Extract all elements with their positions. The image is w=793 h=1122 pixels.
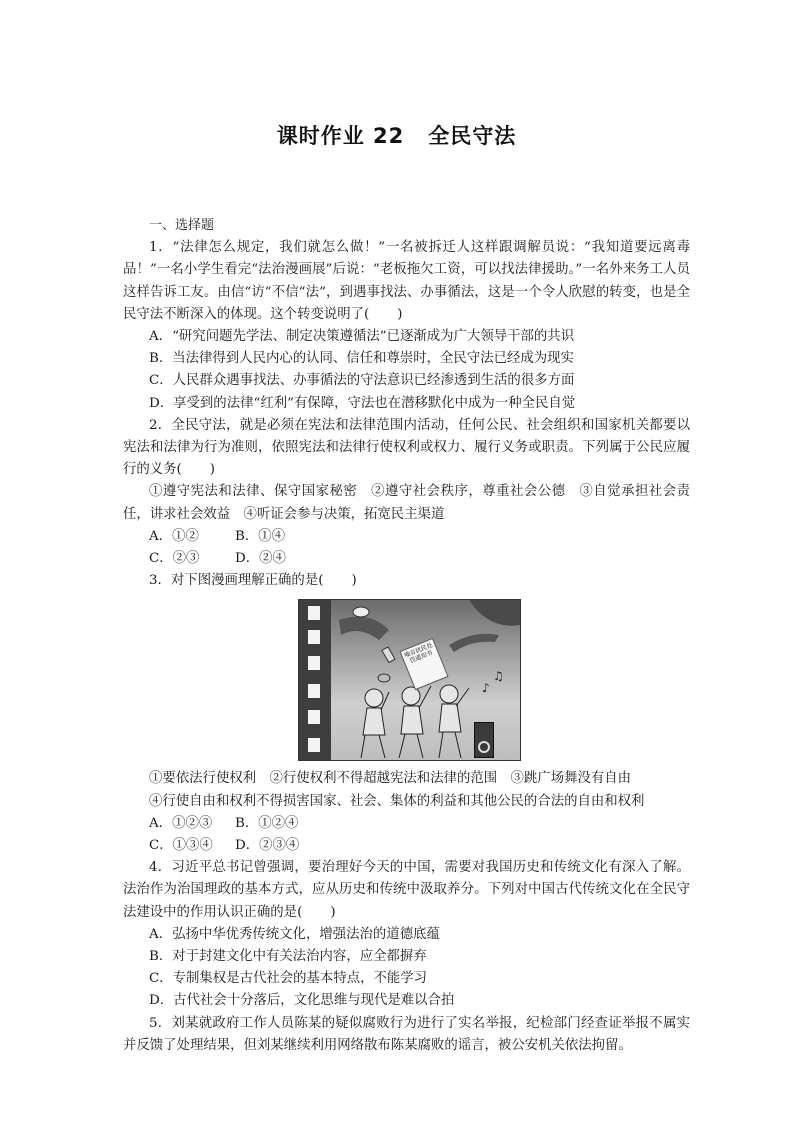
question-4: 4．习近平总书记曾强调，要治理好今天的中国，需要对我国历史和传统文化有深入了解。… <box>123 857 690 1012</box>
option-c[interactable]: C．②③ <box>149 548 235 570</box>
section-heading: 一、选择题 <box>123 215 690 237</box>
option-c[interactable]: C．专制集权是古代社会的基本特点，不能学习 <box>123 968 690 990</box>
question-2: 2．全民守法，就是必须在宪法和法律范围内活动，任何公民、社会组织和国家机关都要以… <box>123 415 690 570</box>
question-5: 5．刘某就政府工作人员陈某的疑似腐败行为进行了实名举报，纪检部门经查证举报不属实… <box>123 1013 690 1057</box>
svg-text:♫: ♫ <box>493 669 504 683</box>
question-stem: 4．习近平总书记曾强调，要治理好今天的中国，需要对我国历史和传统文化有深入了解。… <box>123 857 690 924</box>
option-row: A．①②B．①④ <box>123 526 690 548</box>
question-stem: 1．“法律怎么规定，我们就怎么做！”一名被拆迁人这样跟调解员说：“我知道要远离毒… <box>123 237 690 326</box>
option-a[interactable]: A．弘扬中华优秀传统文化，增强法治的道德底蕴 <box>123 924 690 946</box>
question-statements: ①遵守宪法和法律、保守国家秘密 ②遵守社会秩序，尊重社会公德 ③自觉承担社会责任… <box>123 481 690 525</box>
option-b[interactable]: B．①④ <box>235 526 321 548</box>
question-1: 1．“法律怎么规定，我们就怎么做！”一名被拆迁人这样跟调解员说：“我知道要远离毒… <box>123 237 690 415</box>
worksheet-body: 一、选择题 1．“法律怎么规定，我们就怎么做！”一名被拆迁人这样跟调解员说：“我… <box>123 215 690 1057</box>
question-3: 3．对下图漫画理解正确的是() <box>123 570 690 857</box>
option-d[interactable]: D．古代社会十分落后，文化思维与现代是难以合拍 <box>123 990 690 1012</box>
title-prefix: 课时作业 22 <box>277 124 405 148</box>
option-row: C．①③④D．②③④ <box>123 835 690 857</box>
question-stem: 3．对下图漫画理解正确的是() <box>123 570 690 592</box>
question-statements: ①要依法行使权利 ②行使权利不得超越宪法和法律的范围 ③跳广场舞没有自由 <box>123 768 690 790</box>
option-c[interactable]: C．人民群众遇事找法、办事循法的守法意识已经渗透到生活的很多方面 <box>123 370 690 392</box>
option-a[interactable]: A．①②③ <box>149 813 235 835</box>
option-d[interactable]: D．②④ <box>235 548 321 570</box>
option-a[interactable]: A．①② <box>149 526 235 548</box>
option-b[interactable]: B．对于封建文化中有关法治内容，应全都摒弃 <box>123 946 690 968</box>
option-row: A．①②③B．①②④ <box>123 813 690 835</box>
option-d[interactable]: D．②③④ <box>235 835 321 857</box>
option-c[interactable]: C．①③④ <box>149 835 235 857</box>
page-title: 课时作业 22全民守法 <box>0 120 793 150</box>
option-d[interactable]: D．享受到的法律“红利”有保障，守法也在潜移默化中成为一种全民自觉 <box>123 393 690 415</box>
question-stem: 5．刘某就政府工作人员陈某的疑似腐败行为进行了实名举报，纪检部门经查证举报不属实… <box>123 1013 690 1057</box>
option-b[interactable]: B．当法律得到人民内心的认同、信任和尊崇时，全民守法已经成为现实 <box>123 348 690 370</box>
question-stem: 2．全民守法，就是必须在宪法和法律范围内活动，任何公民、社会组织和国家机关都要以… <box>123 415 690 482</box>
option-b[interactable]: B．①②④ <box>235 813 321 835</box>
question-statements: ④行使自由和权利不得损害国家、社会、集体的利益和其他公民的合法的自由和权利 <box>123 791 690 813</box>
cartoon-figure: ♪ ♫ 噪音扰民处罚通知书 <box>298 599 521 761</box>
svg-text:♪: ♪ <box>482 681 490 695</box>
title-topic: 全民守法 <box>428 124 516 148</box>
option-row: C．②③D．②④ <box>123 548 690 570</box>
speaker-icon <box>474 722 494 758</box>
option-a[interactable]: A．“研究问题先学法、制定决策遵循法”已逐渐成为广大领导干部的共识 <box>123 326 690 348</box>
